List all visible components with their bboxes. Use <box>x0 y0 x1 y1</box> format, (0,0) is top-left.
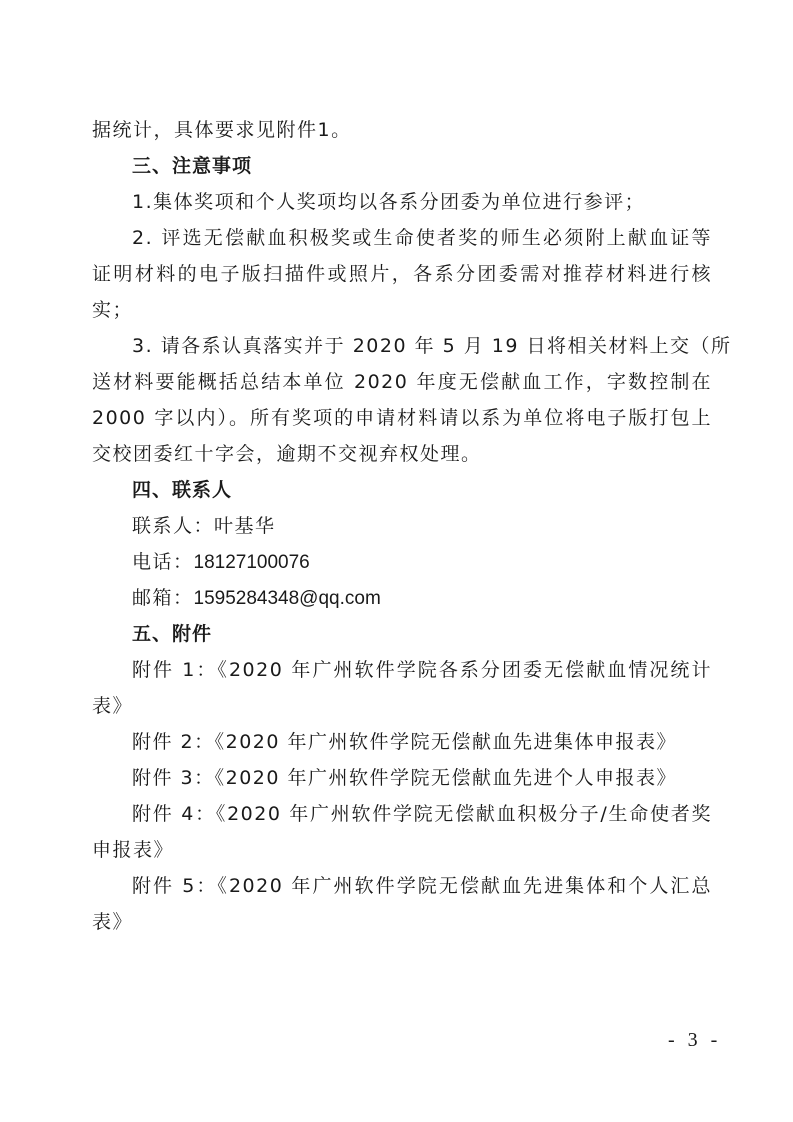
contact-phone-value: 18127100076 <box>194 552 310 573</box>
contact-phone-label: 电话： <box>132 551 194 573</box>
contact-email-row: 邮箱：1595284348@qq.com <box>92 580 712 616</box>
note-item-3-line-3: 2000 字以内）。所有奖项的申请材料请以系为单位将电子版打包上 <box>92 400 712 436</box>
note-item-3-line-4: 交校团委红十字会，逾期不交视弃权处理。 <box>92 436 712 472</box>
attachment-2: 附件 2：《2020 年广州软件学院无偿献血先进集体申报表》 <box>92 724 712 760</box>
note-item-2-line-1: 2. 评选无偿献血积极奖或生命使者奖的师生必须附上献血证等 <box>92 220 712 256</box>
section-heading-contact: 四、联系人 <box>92 472 712 508</box>
contact-person-name: 叶基华 <box>214 515 276 537</box>
document-page: 据统计，具体要求见附件1。 三、注意事项 1.集体奖项和个人奖项均以各系分团委为… <box>92 112 712 940</box>
page-number: - 3 - <box>668 1029 721 1052</box>
contact-email-label: 邮箱： <box>132 587 194 609</box>
attachment-1-line-2: 表》 <box>92 688 712 724</box>
attachment-3: 附件 3：《2020 年广州软件学院无偿献血先进个人申报表》 <box>92 760 712 796</box>
contact-person-label: 联系人： <box>132 515 214 537</box>
attachment-4-line-1: 附件 4：《2020 年广州软件学院无偿献血积极分子/生命使者奖 <box>92 796 712 832</box>
attachment-1-line-1: 附件 1：《2020 年广州软件学院各系分团委无偿献血情况统计 <box>92 652 712 688</box>
contact-email-value: 1595284348@qq.com <box>194 588 381 609</box>
contact-person-row: 联系人：叶基华 <box>92 508 712 544</box>
attachment-4-line-2: 申报表》 <box>92 832 712 868</box>
note-item-3-line-1: 3. 请各系认真落实并于 2020 年 5 月 19 日将相关材料上交（所 <box>92 328 712 364</box>
section-heading-attachments: 五、附件 <box>92 616 712 652</box>
intro-tail-text: 据统计，具体要求见附件1。 <box>92 112 712 148</box>
section-heading-notes: 三、注意事项 <box>92 148 712 184</box>
contact-phone-row: 电话：18127100076 <box>92 544 712 580</box>
note-item-3-line-2: 送材料要能概括总结本单位 2020 年度无偿献血工作，字数控制在 <box>92 364 712 400</box>
attachment-5-line-1: 附件 5：《2020 年广州软件学院无偿献血先进集体和个人汇总 <box>92 868 712 904</box>
note-item-1: 1.集体奖项和个人奖项均以各系分团委为单位进行参评； <box>92 184 712 220</box>
note-item-2-line-2: 证明材料的电子版扫描件或照片，各系分团委需对推荐材料进行核 <box>92 256 712 292</box>
note-item-2-line-3: 实； <box>92 292 712 328</box>
attachment-5-line-2: 表》 <box>92 904 712 940</box>
